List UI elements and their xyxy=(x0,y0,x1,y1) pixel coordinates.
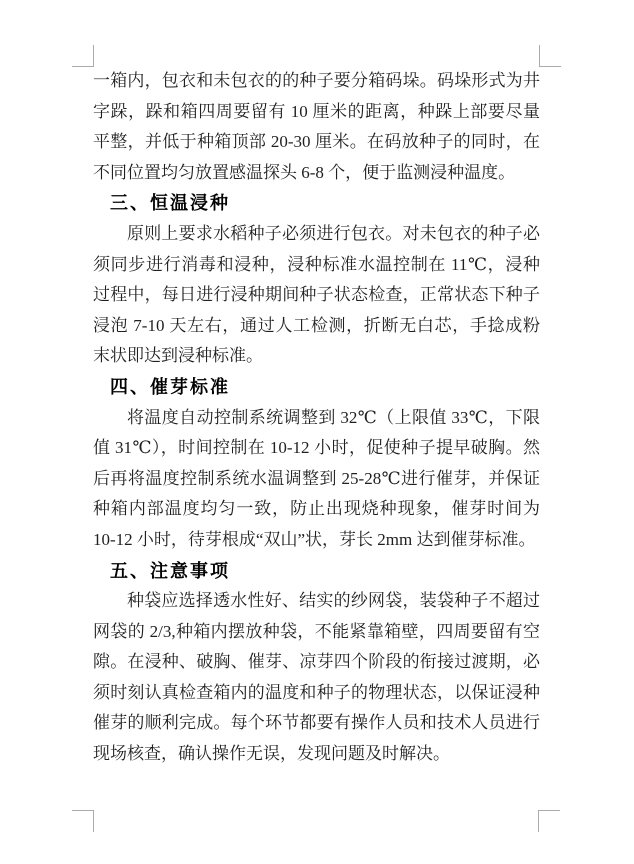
section-body-3: 原则上要求水稻种子必须进行包衣。对未包衣的种子必须同步进行消毒和浸种，浸种标准水… xyxy=(93,219,540,372)
document-page: 一箱内，包衣和未包衣的的种子要分箱码垛。码垛形式为井字跺，跺和箱四周要留有 10… xyxy=(0,0,634,864)
margin-mark-top-right-icon xyxy=(539,45,561,67)
margin-mark-bottom-left-icon xyxy=(72,810,94,832)
section-body-4: 将温度自动控制系统调整到 32℃（上限值 33℃，下限值 31℃），时间控制在 … xyxy=(93,403,540,556)
section-body-5: 种袋应选择透水性好、结实的纱网袋，装袋种子不超过网袋的 2/3,种箱内摆放种袋，… xyxy=(93,586,540,770)
margin-mark-bottom-right-icon xyxy=(538,810,560,832)
section-heading-5: 五、注意事项 xyxy=(93,556,540,587)
section-heading-4: 四、催芽标准 xyxy=(93,372,540,403)
margin-mark-top-left-icon xyxy=(72,45,94,67)
paragraph-continuation: 一箱内，包衣和未包衣的的种子要分箱码垛。码垛形式为井字跺，跺和箱四周要留有 10… xyxy=(93,66,540,188)
document-text-area: 一箱内，包衣和未包衣的的种子要分箱码垛。码垛形式为井字跺，跺和箱四周要留有 10… xyxy=(93,66,540,770)
section-heading-3: 三、恒温浸种 xyxy=(93,188,540,219)
